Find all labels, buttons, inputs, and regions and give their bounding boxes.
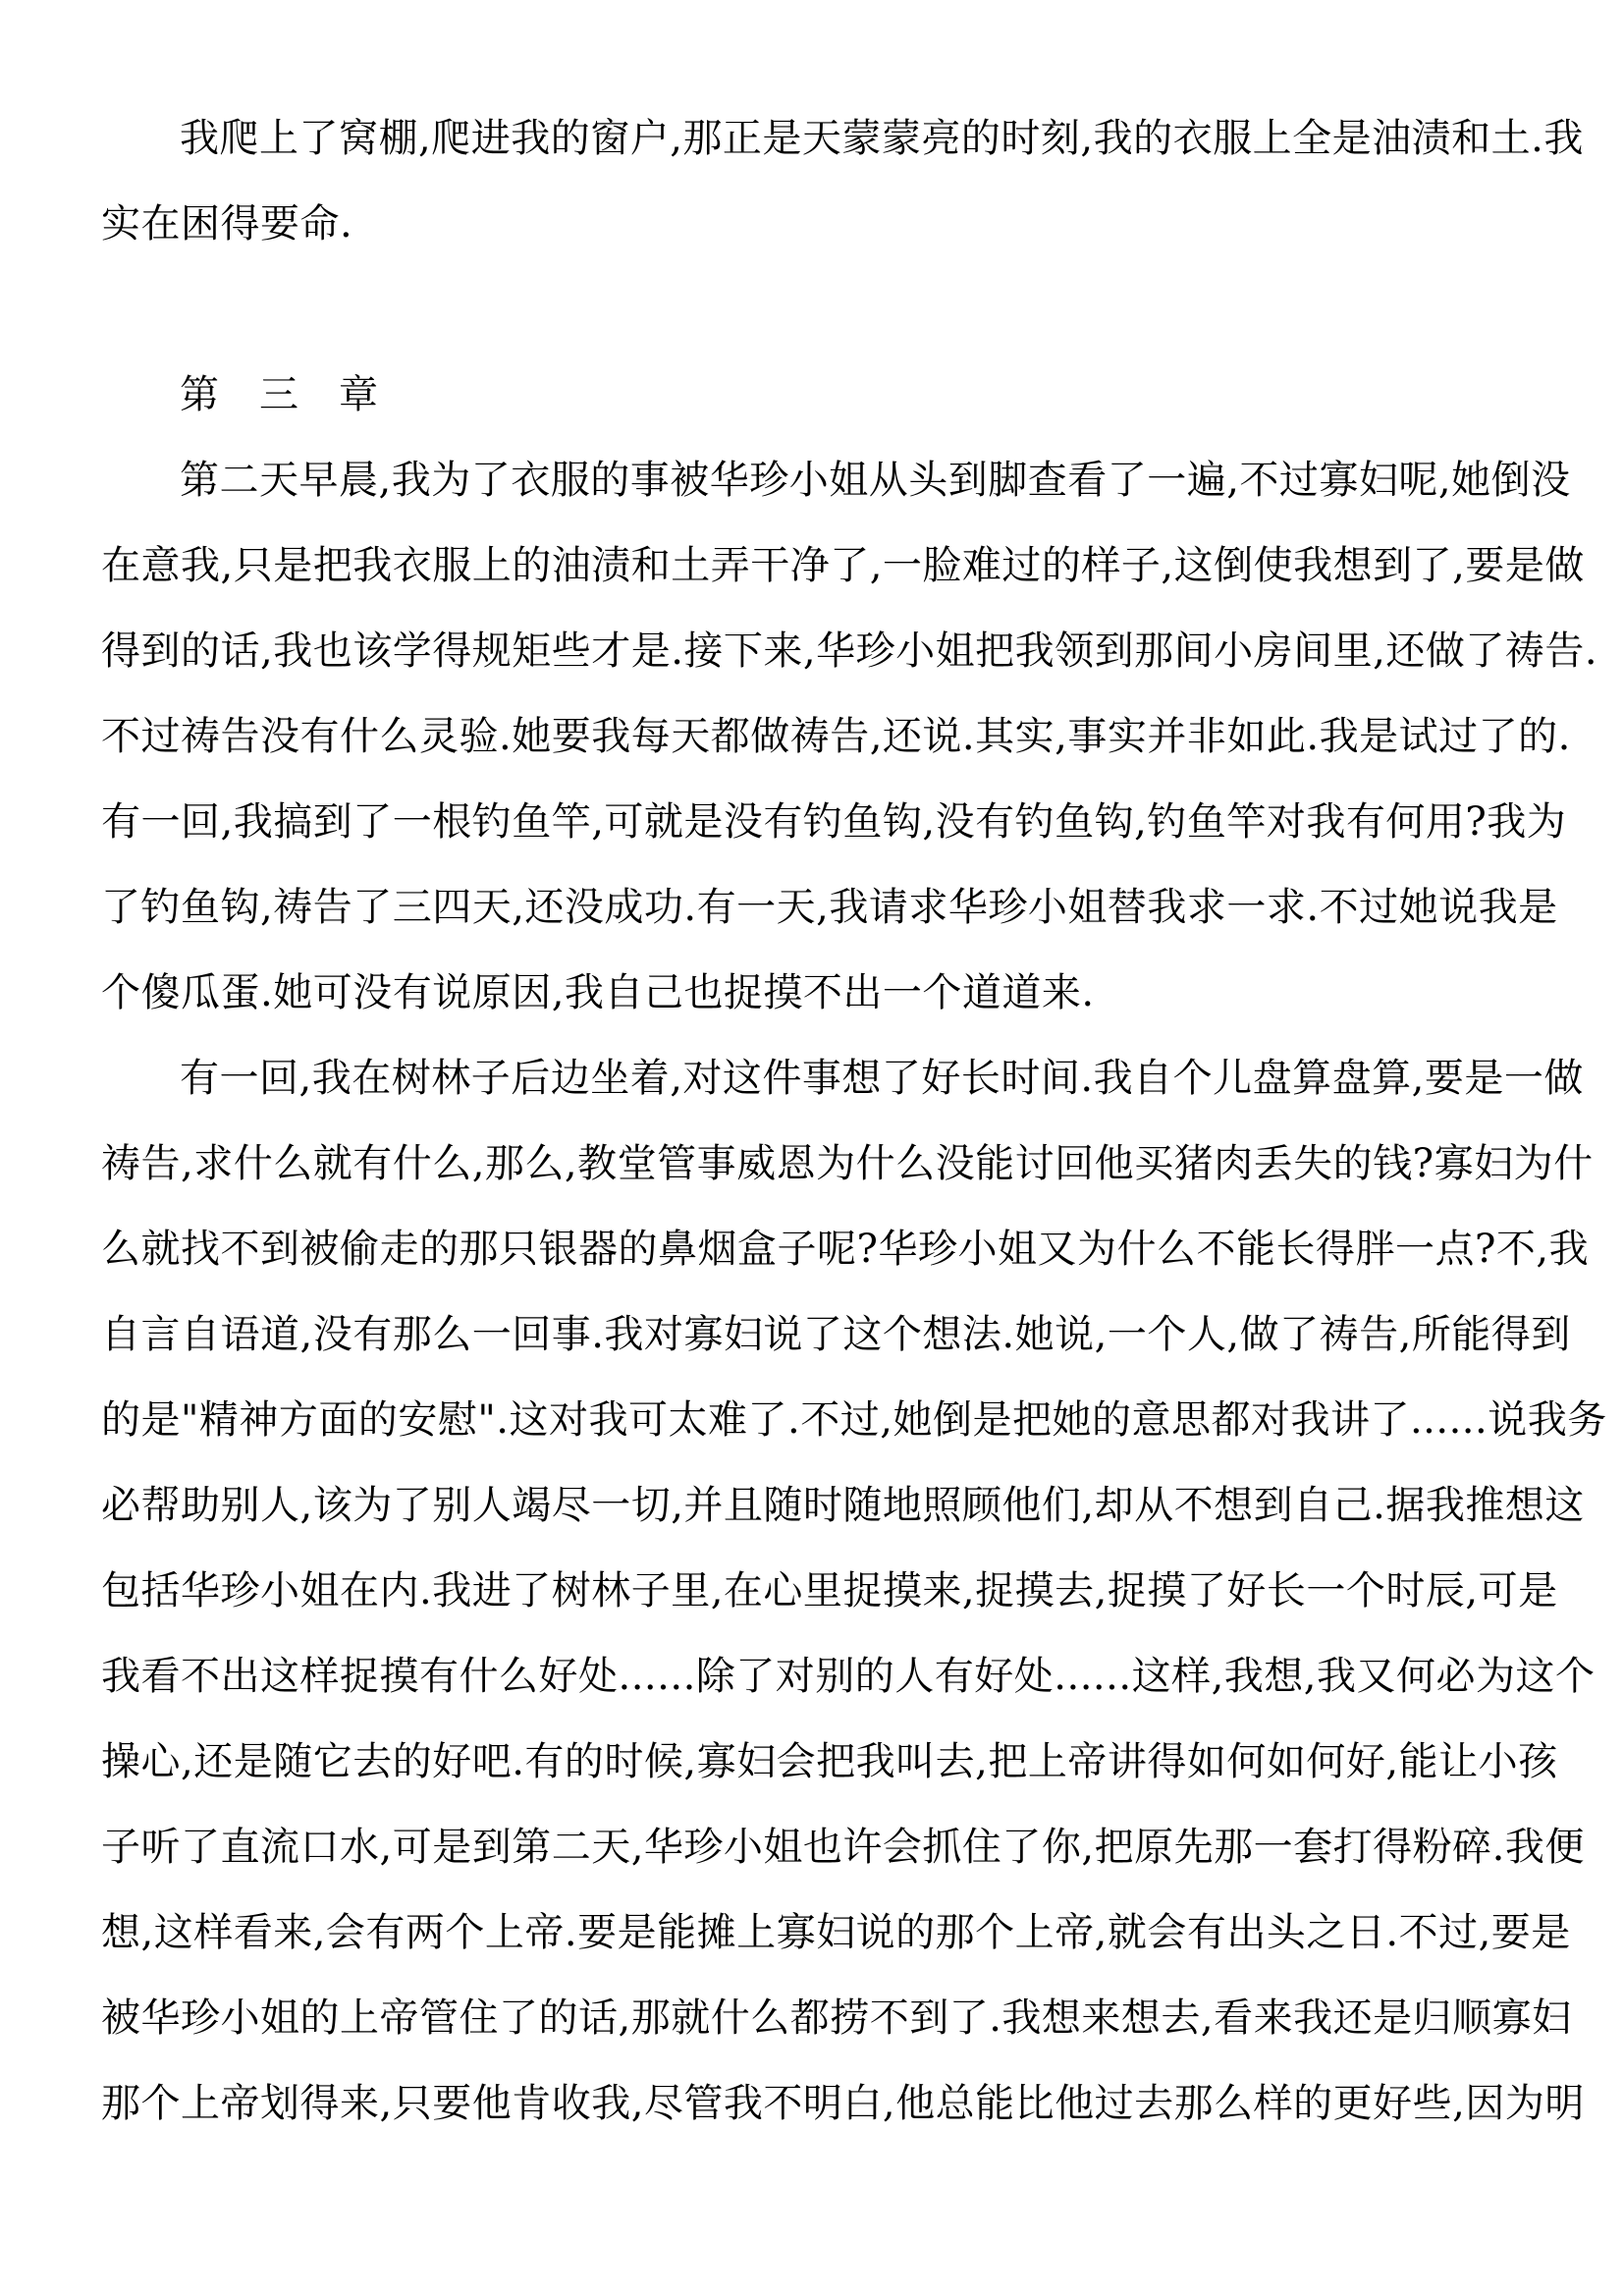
text-line: 包括华珍小姐在内.我进了树林子里,在心里捉摸来,捉摸去,捉摸了好长一个时辰,可是 — [101, 1549, 1530, 1634]
text-line: 实在困得要命. — [101, 182, 1530, 267]
text-line: 不过祷告没有什么灵验.她要我每天都做祷告,还说.其实,事实并非如此.我是试过了的… — [101, 694, 1530, 780]
text-line: 有一回,我在树林子后边坐着,对这件事想了好长时间.我自个儿盘算盘算,要是一做 — [101, 1036, 1530, 1121]
text-line: 必帮助别人,该为了别人竭尽一切,并且随时随地照顾他们,却从不想到自己.据我推想这 — [101, 1463, 1530, 1549]
text-line: 有一回,我搞到了一根钓鱼竿,可就是没有钓鱼钩,没有钓鱼钩,钓鱼竿对我有何用?我为 — [101, 780, 1530, 865]
text-line: 个傻瓜蛋.她可没有说原因,我自己也捉摸不出一个道道来. — [101, 951, 1530, 1036]
text-line: 得到的话,我也该学得规矩些才是.接下来,华珍小姐把我领到那间小房间里,还做了祷告… — [101, 609, 1530, 694]
text-line: 被华珍小姐的上帝管住了的话,那就什么都捞不到了.我想来想去,看来我还是归顺寡妇 — [101, 1976, 1530, 2061]
text-line: 我爬上了窝棚,爬进我的窗户,那正是天蒙蒙亮的时刻,我的衣服上全是油渍和土.我 — [101, 96, 1530, 182]
text-line: 祷告,求什么就有什么,那么,教堂管事威恩为什么没能讨回他买猪肉丢失的钱?寡妇为什 — [101, 1121, 1530, 1207]
text-line: 的是"精神方面的安慰".这对我可太难了.不过,她倒是把她的意思都对我讲了....… — [101, 1378, 1530, 1463]
text-line: 子听了直流口水,可是到第二天,华珍小姐也许会抓住了你,把原先那一套打得粉碎.我便 — [101, 1805, 1530, 1890]
text-line: 我看不出这样捉摸有什么好处......除了对别的人有好处......这样,我想,… — [101, 1634, 1530, 1720]
text-line: 想,这样看来,会有两个上帝.要是能摊上寡妇说的那个上帝,就会有出头之日.不过,要… — [101, 1890, 1530, 1976]
text-line: 第二天早晨,我为了衣服的事被华珍小姐从头到脚查看了一遍,不过寡妇呢,她倒没 — [101, 438, 1530, 523]
document-page: 我爬上了窝棚,爬进我的窗户,那正是天蒙蒙亮的时刻,我的衣服上全是油渍和土.我 实… — [0, 0, 1623, 2296]
text-line: 自言自语道,没有那么一回事.我对寡妇说了这个想法.她说,一个人,做了祷告,所能得… — [101, 1292, 1530, 1378]
text-line: 在意我,只是把我衣服上的油渍和土弄干净了,一脸难过的样子,这倒使我想到了,要是做 — [101, 523, 1530, 609]
text-line: 了钓鱼钩,祷告了三四天,还没成功.有一天,我请求华珍小姐替我求一求.不过她说我是 — [101, 865, 1530, 951]
blank-line — [101, 267, 1530, 353]
chapter-heading: 第 三 章 — [101, 353, 1530, 438]
text-line: 么就找不到被偷走的那只银器的鼻烟盒子呢?华珍小姐又为什么不能长得胖一点?不,我 — [101, 1207, 1530, 1292]
text-line: 那个上帝划得来,只要他肯收我,尽管我不明白,他总能比他过去那么样的更好些,因为明 — [101, 2061, 1530, 2147]
text-line: 操心,还是随它去的好吧.有的时候,寡妇会把我叫去,把上帝讲得如何如何好,能让小孩 — [101, 1720, 1530, 1805]
